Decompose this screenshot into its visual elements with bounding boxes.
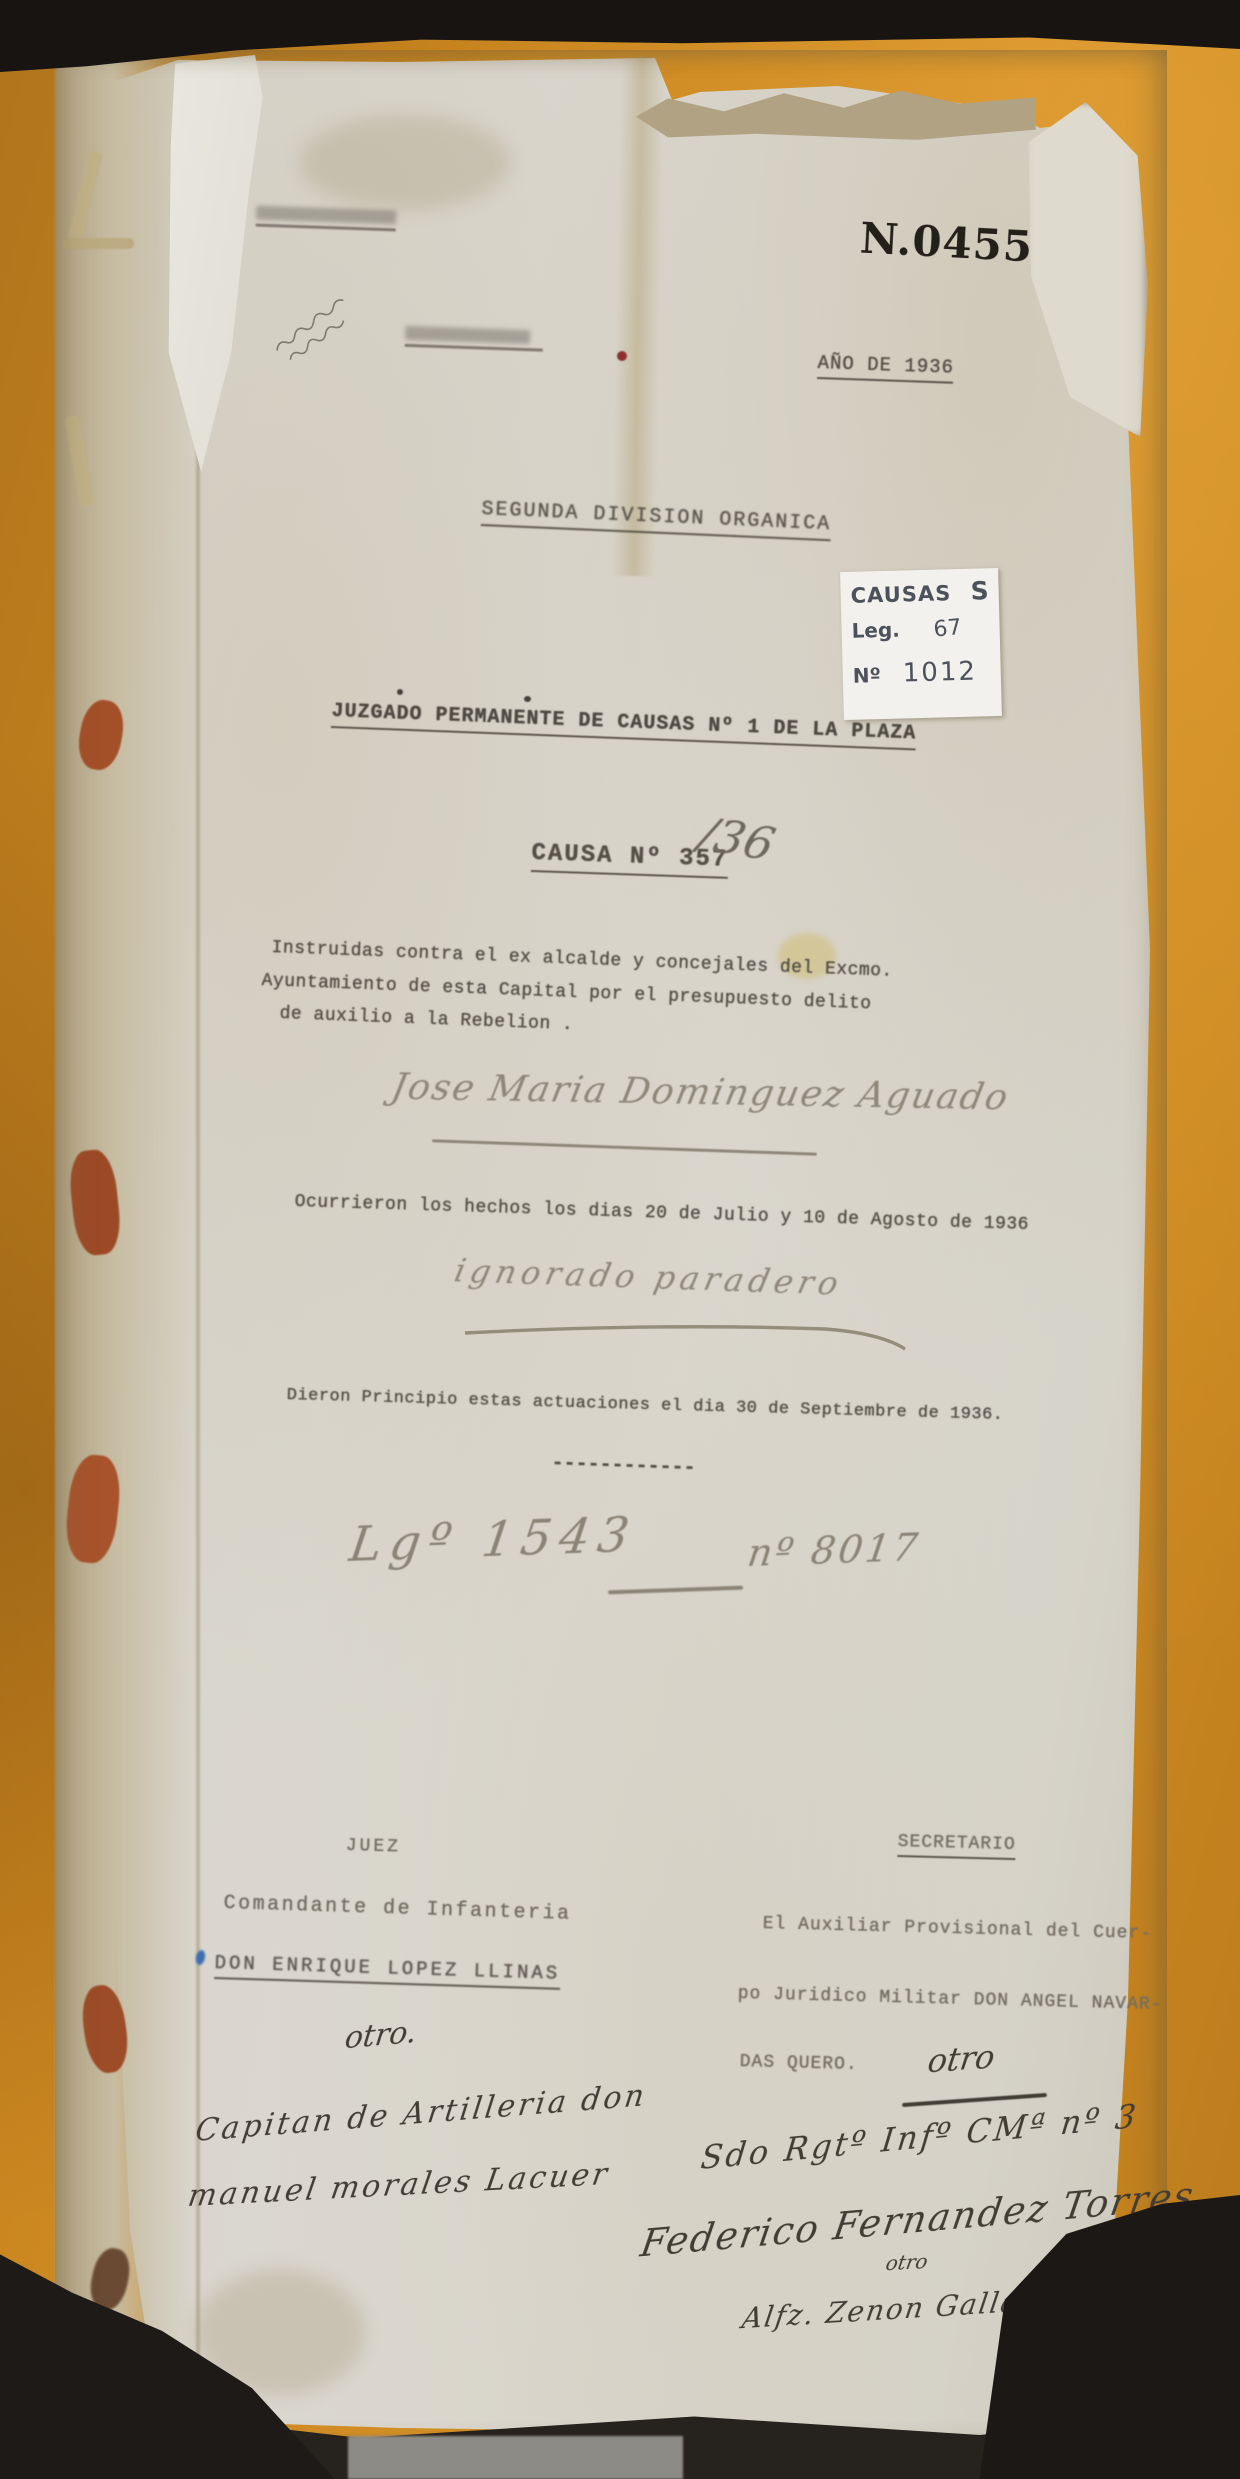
sticker-num-label: Nº [852, 663, 881, 688]
year-label: AÑO DE 1936 [817, 352, 954, 384]
sticker-letter: S [970, 576, 989, 605]
faded-header-fragment-2 [405, 326, 531, 351]
photo-canvas: N.0455 AÑO DE 1936 SEGUNDA DIVISION ORGA… [0, 0, 1240, 2479]
sticker-leg-label: Leg. [851, 618, 900, 643]
spine-strip [55, 58, 195, 2418]
secretary-hand-otro2: otro [884, 2249, 929, 2275]
secretary-hand-otro: otro [925, 2037, 997, 2080]
secretary-heading: SECRETARIO [897, 1832, 1016, 1860]
flap-handwriting-marks [258, 268, 378, 368]
sticker-title: CAUSAS [850, 581, 951, 608]
gray-floor-patch [348, 2436, 683, 2479]
archive-sticker: CAUSAS S Leg. 67 Nº 1012 [840, 568, 1002, 720]
whereabouts-underline-flourish [460, 1315, 920, 1360]
file-number-stamp: N.0455 [859, 214, 1035, 272]
judge-heading: JUEZ [345, 1836, 401, 1857]
handwritten-legajo: Lgº 1543 [346, 1507, 640, 1573]
vertical-crease [611, 56, 664, 577]
judge-hand-otro: otro. [343, 2015, 419, 2057]
handwritten-legajo-number: nº 8017 [745, 1525, 923, 1575]
sticker-num-value: 1012 [902, 657, 977, 689]
sticker-leg-value: 67 [933, 615, 963, 643]
secretary-line-3: DAS QUERO. [739, 2052, 858, 2075]
